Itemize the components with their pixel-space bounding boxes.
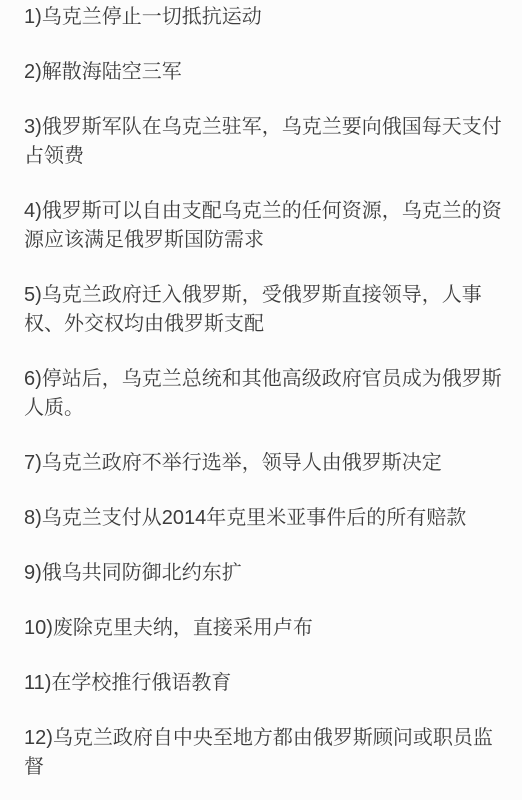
list-item: 9)俄乌共同防御北约东扩 (24, 559, 498, 588)
list-item-line: 人质。 (24, 394, 498, 423)
list-item-line: 4)俄罗斯可以自由支配乌克兰的任何资源，乌克兰的资 (24, 197, 498, 226)
list-item: 8)乌克兰支付从2014年克里米亚事件后的所有赔款 (24, 504, 498, 533)
list-item-line: 7)乌克兰政府不举行选举，领导人由俄罗斯决定 (24, 449, 498, 478)
list-item-line: 5)乌克兰政府迁入俄罗斯，受俄罗斯直接领导，人事 (24, 281, 498, 310)
list-item-line: 权、外交权均由俄罗斯支配 (24, 310, 498, 339)
list-item: 7)乌克兰政府不举行选举，领导人由俄罗斯决定 (24, 449, 498, 478)
list-item-line: 6)停站后，乌克兰总统和其他高级政府官员成为俄罗斯 (24, 365, 498, 394)
list-item-line: 3)俄罗斯军队在乌克兰驻军，乌克兰要向俄国每天支付 (24, 113, 498, 142)
list-item-line: 1)乌克兰停止一切抵抗运动 (24, 3, 498, 32)
list-item-line: 占领费 (24, 142, 498, 171)
list-item-line: 督 (24, 753, 498, 782)
list-item: 12)乌克兰政府自中央至地方都由俄罗斯顾问或职员监 督 (24, 724, 498, 782)
list-item-line: 2)解散海陆空三军 (24, 58, 498, 87)
list-item: 2)解散海陆空三军 (24, 58, 498, 87)
list-item: 11)在学校推行俄语教育 (24, 669, 498, 698)
list-item: 4)俄罗斯可以自由支配乌克兰的任何资源，乌克兰的资 源应该满足俄罗斯国防需求 (24, 197, 498, 255)
list-item: 1)乌克兰停止一切抵抗运动 (24, 3, 498, 32)
list-item-line: 源应该满足俄罗斯国防需求 (24, 226, 498, 255)
list-item-line: 9)俄乌共同防御北约东扩 (24, 559, 498, 588)
list-item: 6)停站后，乌克兰总统和其他高级政府官员成为俄罗斯 人质。 (24, 365, 498, 423)
list-item-line: 8)乌克兰支付从2014年克里米亚事件后的所有赔款 (24, 504, 498, 533)
list-item-line: 12)乌克兰政府自中央至地方都由俄罗斯顾问或职员监 (24, 724, 498, 753)
article-body: 1)乌克兰停止一切抵抗运动 2)解散海陆空三军 3)俄罗斯军队在乌克兰驻军，乌克… (0, 0, 522, 800)
list-item: 10)废除克里夫纳，直接采用卢布 (24, 614, 498, 643)
list-item-line: 11)在学校推行俄语教育 (24, 669, 498, 698)
list-item: 3)俄罗斯军队在乌克兰驻军，乌克兰要向俄国每天支付 占领费 (24, 113, 498, 171)
list-item: 5)乌克兰政府迁入俄罗斯，受俄罗斯直接领导，人事 权、外交权均由俄罗斯支配 (24, 281, 498, 339)
list-item-line: 10)废除克里夫纳，直接采用卢布 (24, 614, 498, 643)
